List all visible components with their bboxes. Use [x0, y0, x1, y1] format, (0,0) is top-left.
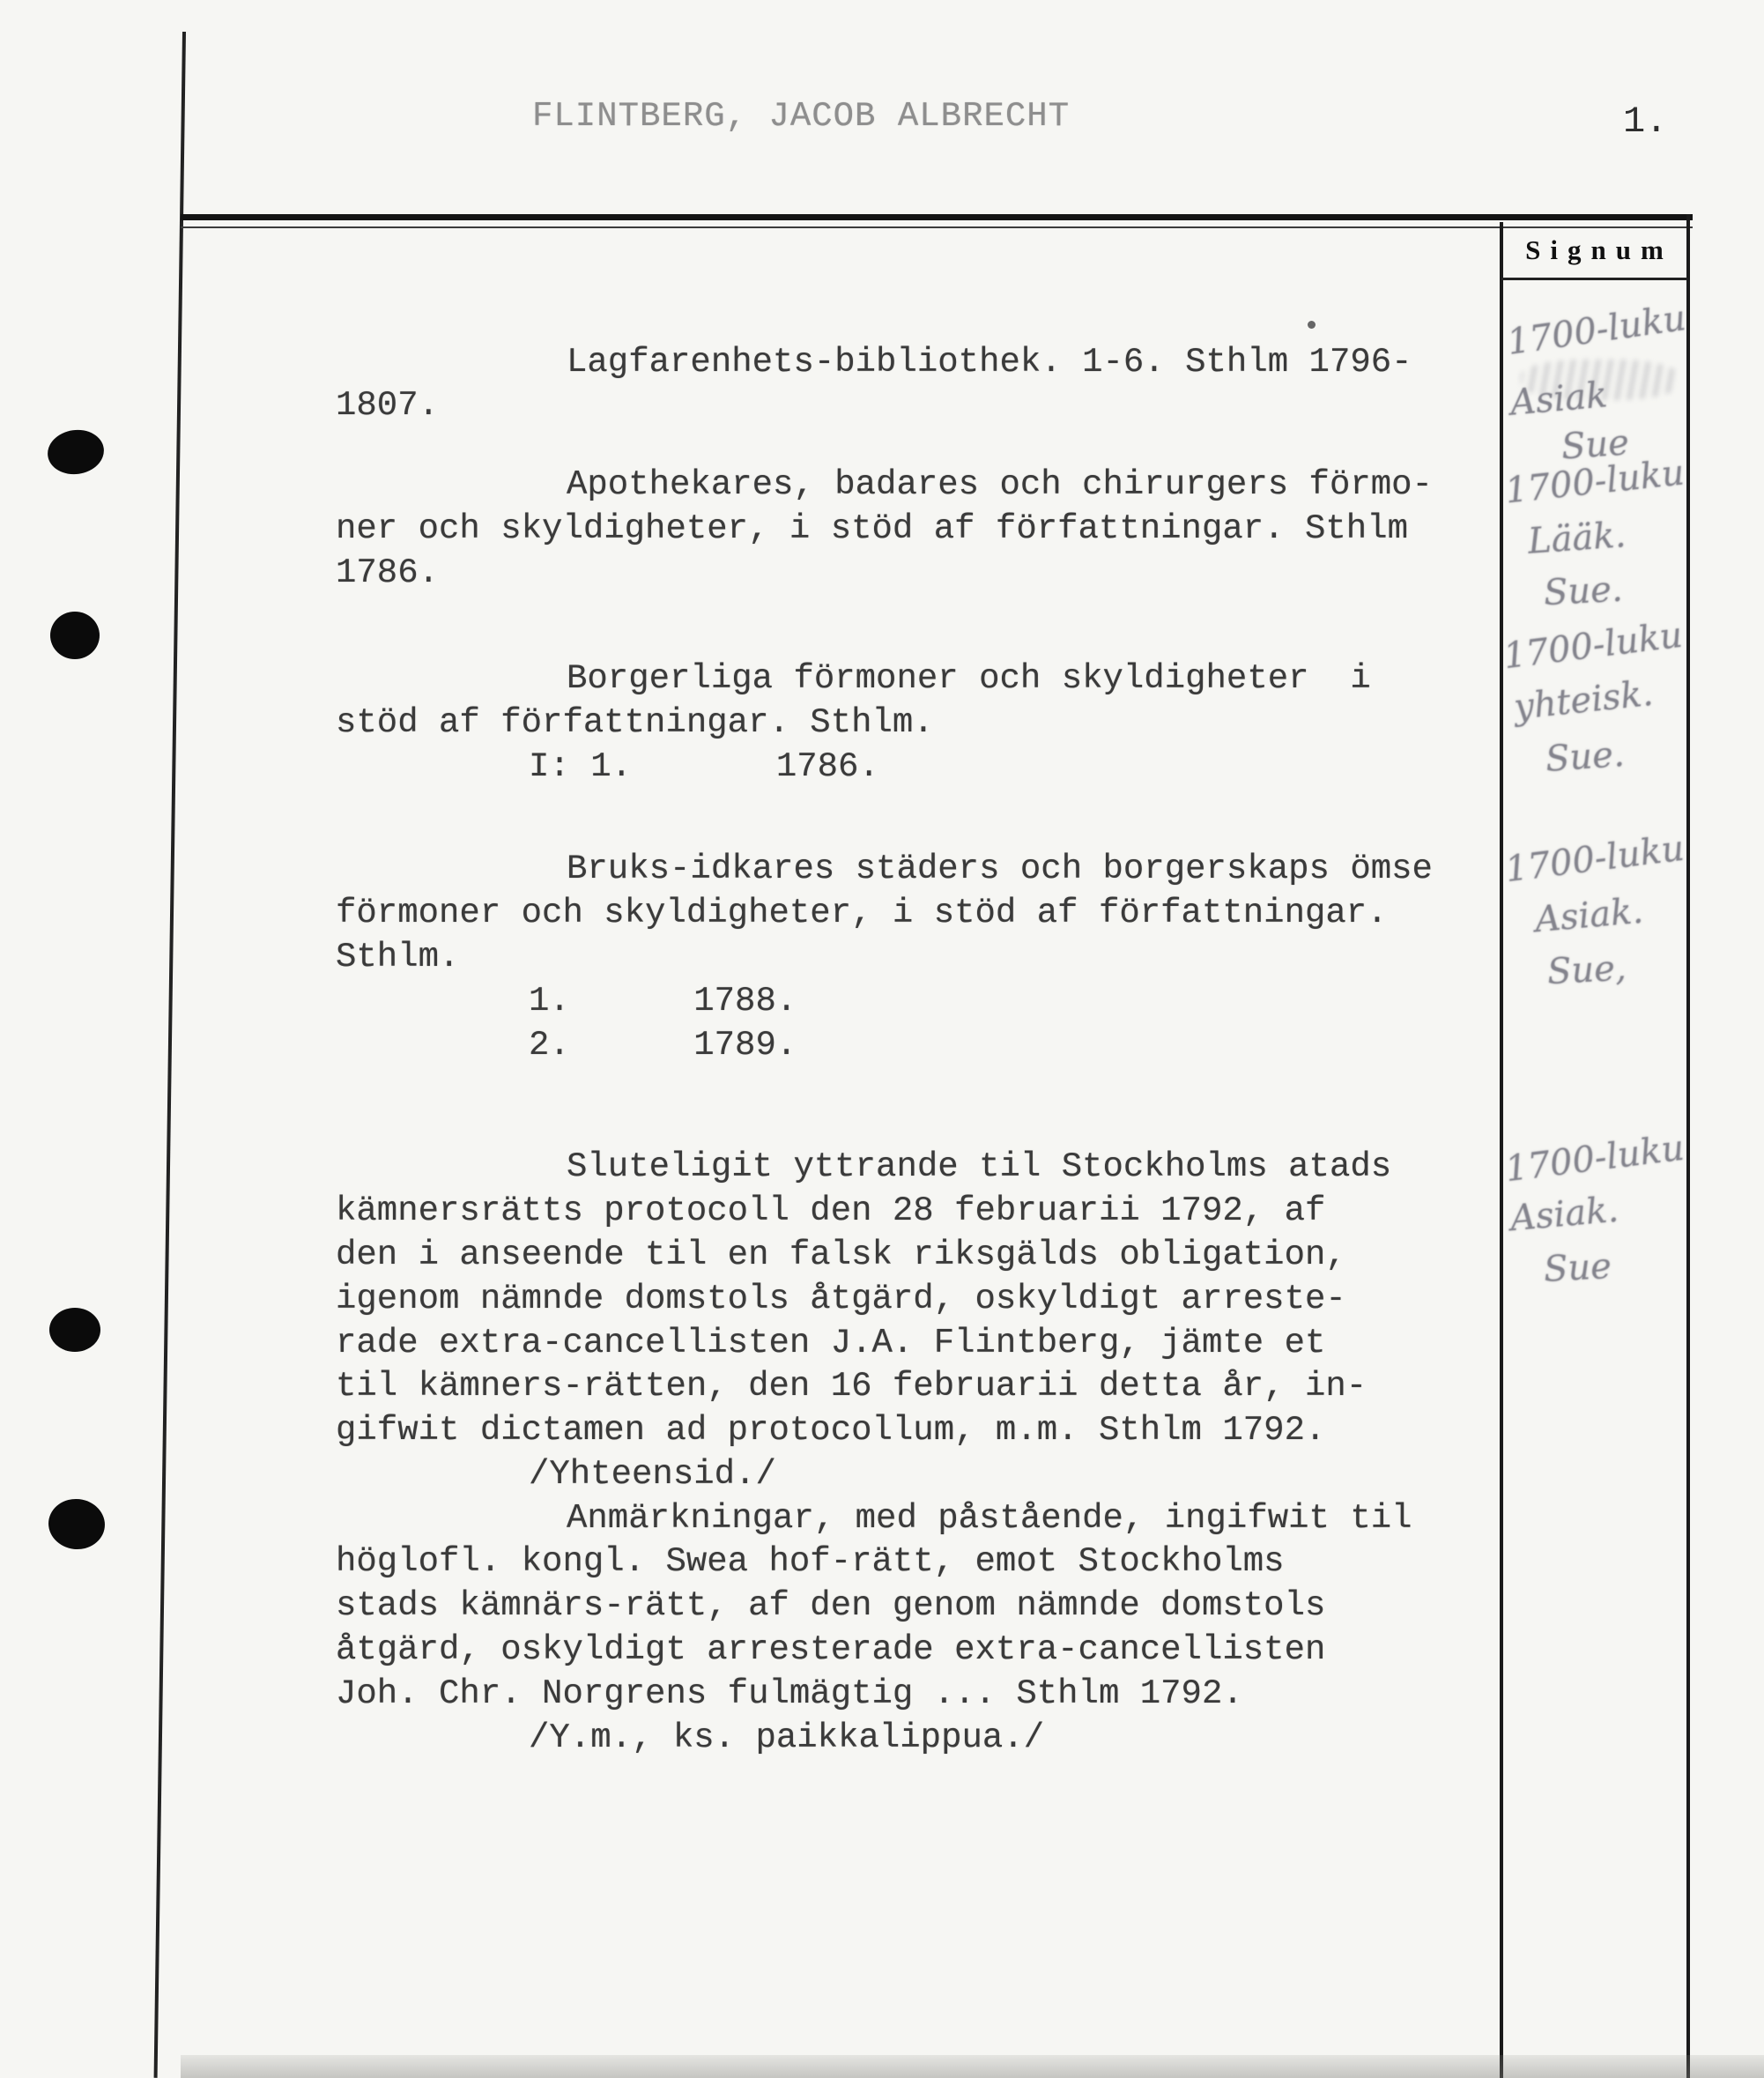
- signum-note: Sue.: [1545, 734, 1627, 780]
- signum-note: Asiak.: [1508, 1190, 1620, 1240]
- signum-note: Sue,: [1546, 948, 1627, 993]
- entry-line: Apothekares, badares och chirurgers förm…: [567, 464, 1433, 505]
- signum-note: 1700-luku: [1503, 1128, 1686, 1191]
- entry-line: Sluteligit yttrande til Stockholms atads: [567, 1147, 1391, 1187]
- entry-line: 1807.: [336, 385, 439, 426]
- entry-line: Bruks-idkares städers och borgerskaps öm…: [567, 849, 1433, 889]
- signum-note: yhteisk.: [1512, 673, 1655, 728]
- hole-punch: [45, 427, 107, 478]
- page-number: 1.: [1623, 100, 1667, 143]
- entry-line: I: 1. 1786.: [529, 746, 879, 787]
- entry-line: ner och skyldigheter, i stöd af författn…: [336, 508, 1408, 549]
- hole-punch: [49, 1308, 100, 1352]
- signum-note: Sue: [1543, 1246, 1612, 1290]
- entry-line: Joh. Chr. Norgrens fulmägtig ... Sthlm 1…: [336, 1674, 1243, 1714]
- signum-note: 1700-luku: [1505, 298, 1688, 363]
- entry-line: /Yhteensid./: [529, 1454, 776, 1495]
- signum-note: Sue.: [1543, 569, 1624, 614]
- signum-note: Asiak: [1508, 375, 1609, 423]
- entry-line: til kämners-rätten, den 16 februarii det…: [336, 1366, 1367, 1406]
- header-rule-thin: [181, 226, 1693, 228]
- entry-line: förmoner och skyldigheter, i stöd af för…: [336, 893, 1388, 933]
- signum-note: 1700-luku: [1501, 615, 1685, 678]
- header-rule-thick: [181, 214, 1693, 220]
- page-title: FLINTBERG, JACOB ALBRECHT: [532, 97, 1070, 136]
- signum-note: Lääk.: [1527, 515, 1627, 562]
- signum-note: 1700-luku: [1503, 828, 1686, 891]
- entry-line: 1. 1788.: [529, 981, 797, 1021]
- scan-edge-shadow: [181, 2055, 1764, 2078]
- hole-punch: [46, 1496, 107, 1552]
- stray-ink-dot: [1308, 321, 1316, 329]
- entry-line: Borgerliga förmoner och skyldigheter i: [567, 658, 1371, 699]
- signum-header-underline: [1501, 278, 1687, 280]
- signum-note: Asiak.: [1533, 891, 1645, 941]
- signum-column-right-rule: [1686, 214, 1690, 2078]
- entry-line: Anmärkningar, med påstående, ingifwit ti…: [567, 1498, 1412, 1539]
- signum-note: 1700-luku: [1503, 452, 1686, 511]
- entry-line: Lagfarenhets-bibliothek. 1-6. Sthlm 1796…: [567, 342, 1412, 382]
- scanned-catalog-page: FLINTBERG, JACOB ALBRECHT 1. Signum Lagf…: [0, 0, 1764, 2078]
- entry-line: rade extra-cancellisten J.A. Flintberg, …: [336, 1323, 1325, 1363]
- entry-line: 1786.: [336, 553, 439, 593]
- entry-line: Sthlm.: [336, 937, 459, 977]
- entry-line: stads kämnärs-rätt, af den genom nämnde …: [336, 1585, 1325, 1626]
- entry-line: stöd af författningar. Sthlm.: [336, 702, 934, 743]
- entry-line: gifwit dictamen ad protocollum, m.m. Sth…: [336, 1410, 1325, 1451]
- signum-column-header: Signum: [1501, 234, 1687, 266]
- hole-punch: [50, 612, 100, 659]
- left-margin-rule: [154, 32, 186, 2078]
- entry-line: 2. 1789.: [529, 1025, 797, 1065]
- entry-line: höglofl. kongl. Swea hof-rätt, emot Stoc…: [336, 1541, 1285, 1582]
- entry-line: åtgärd, oskyldigt arresterade extra-canc…: [336, 1629, 1325, 1670]
- entry-line: /Y.m., ks. paikkalippua./: [529, 1718, 1044, 1758]
- entry-line: den i anseende til en falsk riksgälds ob…: [336, 1235, 1346, 1275]
- entry-line: igenom nämnde domstols åtgärd, oskyldigt…: [336, 1279, 1346, 1319]
- entry-line: kämnersrätts protocoll den 28 februarii …: [336, 1191, 1325, 1231]
